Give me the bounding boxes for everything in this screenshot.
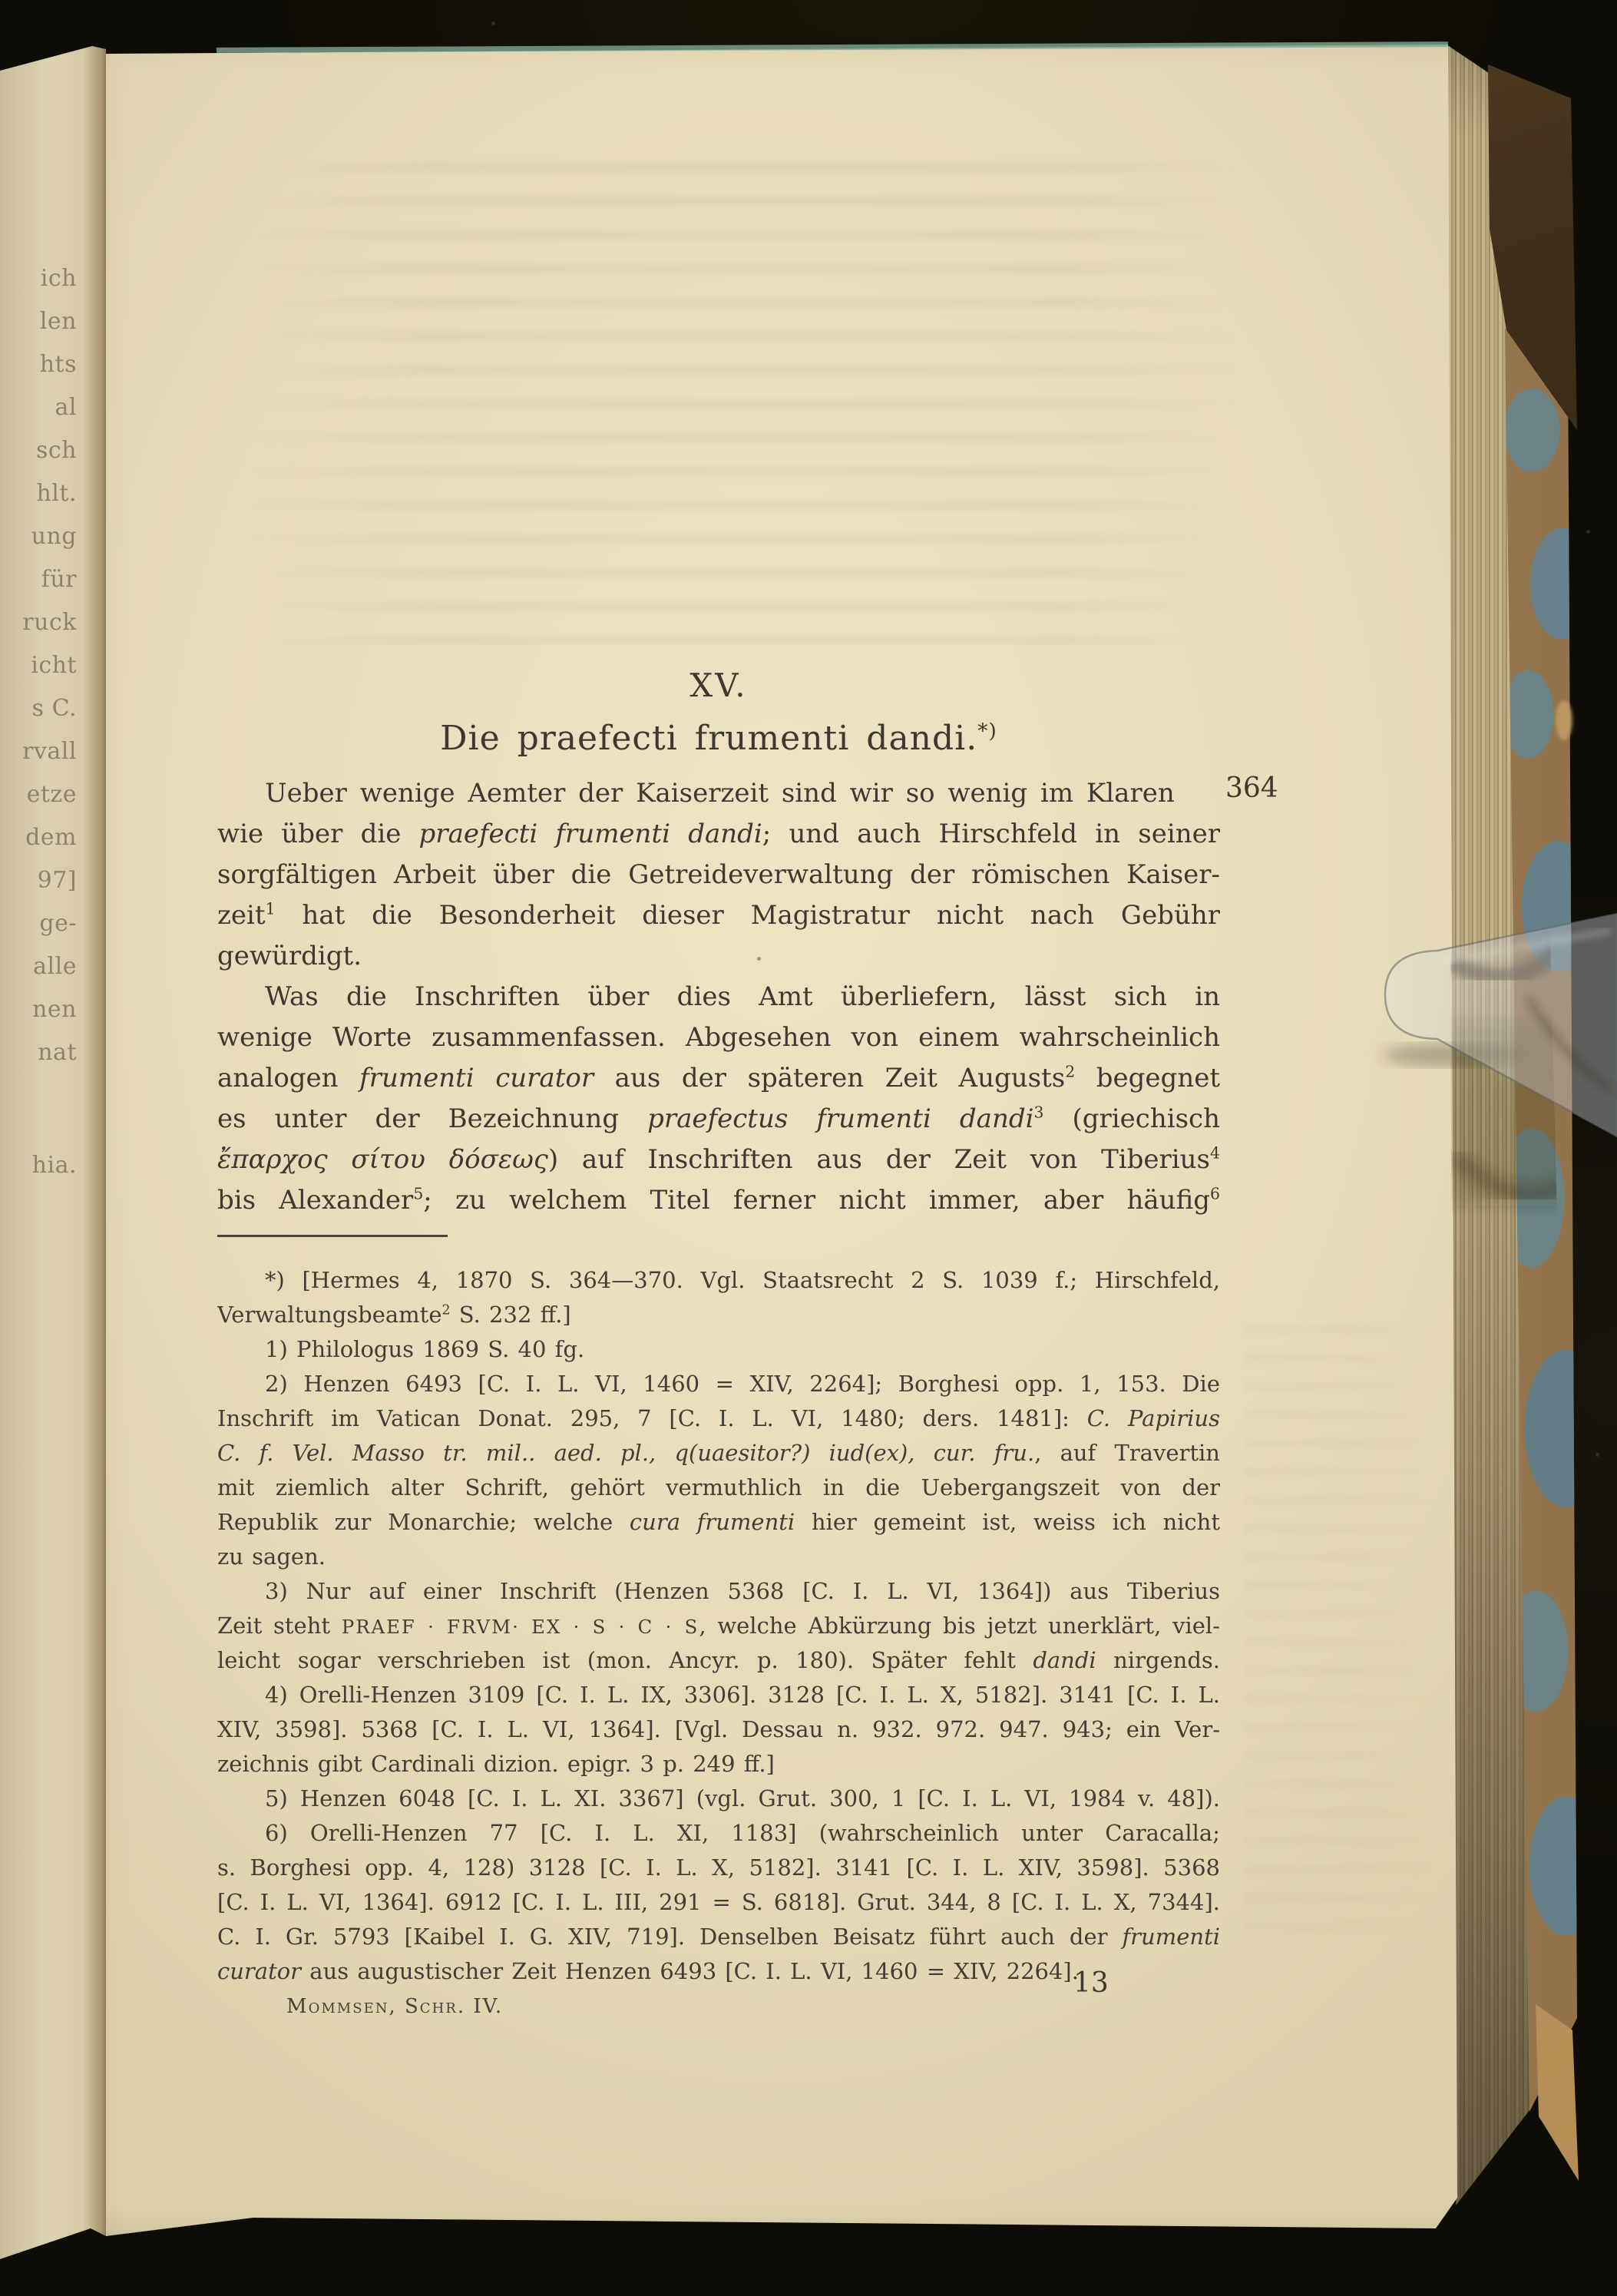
text-line: 3) Nur auf einer Inschrift (Henzen 5368 … (217, 1574, 1220, 1609)
facing-page-fragment: alle (0, 953, 77, 980)
ink-bleedthrough (246, 138, 1244, 645)
chapter-number: XV. (217, 667, 1220, 704)
text-line: *) [Hermes 4, 1870 S. 364—370. Vgl. Staa… (217, 1263, 1220, 1298)
text-line: 4) Orelli-Henzen 3109 [C. I. L. IX, 3306… (217, 1678, 1220, 1712)
facing-page-fragment: dem (0, 824, 77, 851)
text-line: 1) Philologus 1869 S. 40 fg. (217, 1332, 1220, 1367)
facing-page-fragment: für (0, 566, 77, 593)
footnotes: *) [Hermes 4, 1870 S. 364—370. Vgl. Staa… (217, 1263, 1220, 1989)
dust-speck (491, 22, 495, 25)
text-line: Inschrift im Vatican Donat. 295, 7 [C. I… (217, 1401, 1220, 1436)
facing-page-fragment: ruck (0, 609, 77, 636)
text-line: zeit1 hat die Besonderheit dieser Magist… (217, 895, 1220, 936)
book-photo-stage: ichlenhtsalschhlt.ungfürruckichts C.rval… (0, 0, 1617, 2296)
page-number: 13 (1073, 1967, 1109, 1999)
text-line: [C. I. L. VI, 1364]. 6912 [C. I. L. III,… (217, 1885, 1220, 1920)
footnote-separator (217, 1235, 448, 1237)
body-text: Ueber wenige Aemter der Kaiserzeit sind … (217, 773, 1220, 1221)
page-title: Die praefecti frumenti dandi.*) (217, 719, 1220, 758)
text-line: 6) Orelli-Henzen 77 [C. I. L. XI, 1183] … (217, 1816, 1220, 1851)
text-line: zeichnis gibt Cardinali dizion. epigr. 3… (217, 1747, 1220, 1782)
text-line: zu sagen. (217, 1540, 1220, 1574)
facing-page-fragment: rvall (0, 738, 77, 765)
text-line: C. f. Vel. Masso tr. mil.. aed. pl., q(u… (217, 1436, 1220, 1471)
facing-page-fragment: sch (0, 437, 77, 464)
text-line: mit ziemlich alter Schrift, gehört vermu… (217, 1471, 1220, 1505)
text-line: Verwaltungsbeamte2 S. 232 ff.] (217, 1298, 1220, 1332)
text-line: Ueber wenige Aemter der Kaiserzeit sind … (217, 773, 1220, 814)
facing-page-text-fragments: ichlenhtsalschhlt.ungfürruckichts C.rval… (0, 0, 80, 2296)
facing-page-fragment: icht (0, 652, 77, 679)
text-line: analogen frumenti curator aus der später… (217, 1058, 1220, 1099)
facing-page-fragment: hia. (0, 1152, 77, 1179)
text-line: C. I. Gr. 5793 [Kaibel I. G. XIV, 719]. … (217, 1920, 1220, 1954)
text-line: curator aus augustischer Zeit Henzen 649… (217, 1954, 1220, 1989)
text-line: gewürdigt. (217, 936, 1220, 977)
facing-page-fragment: ge- (0, 910, 77, 937)
dust-speck (1596, 1453, 1599, 1457)
margin-page-number: 364 (1225, 773, 1278, 804)
text-line: ἔπαρχος σίτου δόσεως) auf Inschriften au… (217, 1140, 1220, 1180)
text-line: Republik zur Monarchie; welche cura frum… (217, 1505, 1220, 1540)
text-line: wie über die praefecti frumenti dandi; u… (217, 814, 1220, 855)
facing-page-fragment: len (0, 308, 77, 335)
facing-page-fragment: nen (0, 996, 77, 1023)
dust-speck (1586, 530, 1590, 534)
text-line: sorgfältigen Arbeit über die Getreidever… (217, 855, 1220, 895)
facing-page-fragment: al (0, 394, 77, 421)
cover-wear-spot (1556, 700, 1572, 740)
text-line: es unter der Bezeichnung praefectus frum… (217, 1099, 1220, 1140)
footer-signature: Mommsen, Schr. IV. (286, 1995, 503, 2018)
facing-page-fragment: hlt. (0, 480, 77, 507)
text-line: Zeit steht PRAEF · FRVM· EX · S · C · S,… (217, 1609, 1220, 1643)
paper-speck (757, 957, 761, 961)
facing-page-fragment: ung (0, 523, 77, 550)
text-line: Was die Inschriften über dies Amt überli… (217, 977, 1220, 1017)
facing-page-fragment: nat (0, 1039, 77, 1066)
text-line: 2) Henzen 6493 [C. I. L. VI, 1460 = XIV,… (217, 1367, 1220, 1401)
text-line: leicht sogar verschrieben ist (mon. Ancy… (217, 1643, 1220, 1678)
text-line: bis Alexander5; zu welchem Titel ferner … (217, 1180, 1220, 1221)
facing-page-fragment: etze (0, 781, 77, 808)
facing-page-fragment: s C. (0, 695, 77, 722)
facing-page-fragment: hts (0, 351, 77, 378)
text-line: XIV, 3598]. 5368 [C. I. L. VI, 1364]. [V… (217, 1712, 1220, 1747)
facing-page-fragment: 97] (0, 867, 77, 894)
text-line: s. Borghesi opp. 4, 128) 3128 [C. I. L. … (217, 1851, 1220, 1885)
facing-page-fragment: ich (0, 265, 77, 292)
text-line: Die praefecti frumenti dandi.*) (217, 719, 1220, 758)
text-line: wenige Worte zusammenfassen. Abgesehen v… (217, 1017, 1220, 1058)
text-line: 5) Henzen 6048 [C. I. L. XI. 3367] (vgl.… (217, 1782, 1220, 1816)
ink-bleedthrough-margin (1244, 1305, 1436, 1935)
